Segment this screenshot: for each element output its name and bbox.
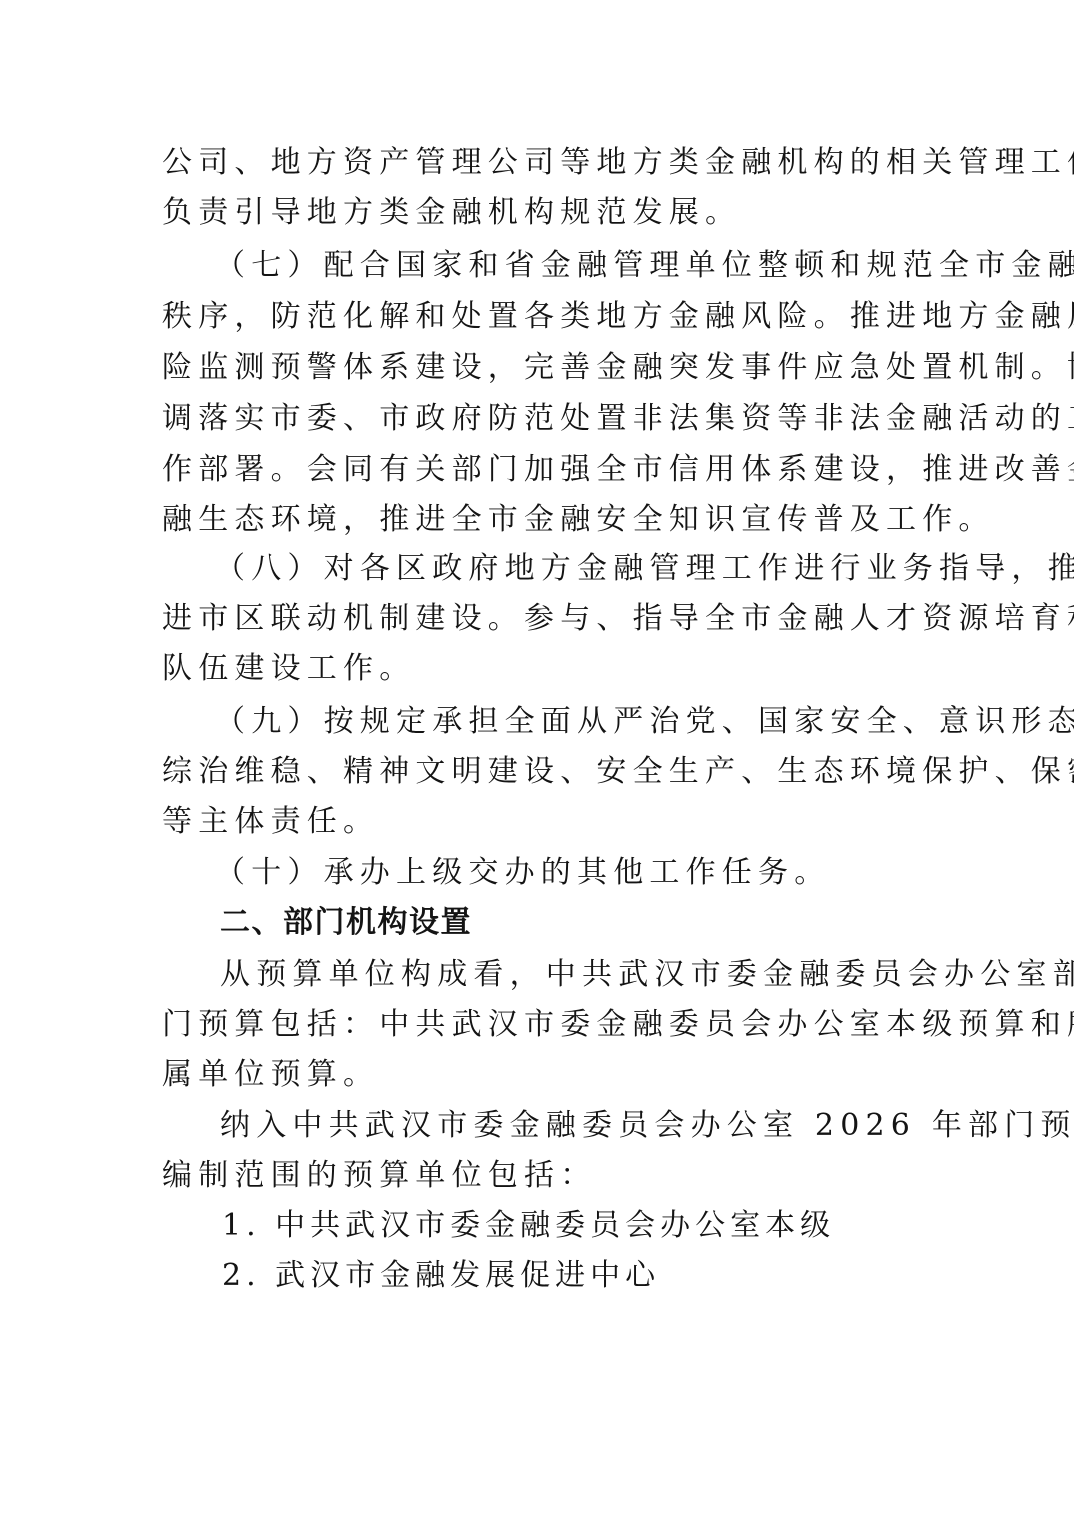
paragraph-line: 进市区联动机制建设。参与、指导全市金融人才资源培育和 <box>162 599 922 639</box>
document-page: 公司、地方资产管理公司等地方类金融机构的相关管理工作， 负责引导地方类金融机构规… <box>0 0 1074 1520</box>
duty-item-9: （九）按规定承担全面从严治党、国家安全、意识形态、 <box>215 702 975 742</box>
paragraph-line: 秩序，防范化解和处置各类地方金融风险。推进地方金融风 <box>162 297 922 337</box>
paragraph-line: 属单位预算。 <box>162 1055 922 1095</box>
paragraph-line: 负责引导地方类金融机构规范发展。 <box>162 193 922 233</box>
duty-item-7: （七）配合国家和省金融管理单位整顿和规范全市金融 <box>215 246 975 286</box>
paragraph-line: 融生态环境，推进全市金融安全知识宣传普及工作。 <box>162 500 922 540</box>
duty-item-8: （八）对各区政府地方金融管理工作进行业务指导，推 <box>215 549 975 589</box>
paragraph-line: 调落实市委、市政府防范处置非法集资等非法金融活动的工 <box>162 399 922 439</box>
paragraph-line: 门预算包括：中共武汉市委金融委员会办公室本级预算和所 <box>162 1005 922 1045</box>
budget-unit-item: 2. 武汉市金融发展促进中心 <box>222 1256 982 1296</box>
paragraph-line: 险监测预警体系建设，完善金融突发事件应急处置机制。协 <box>162 348 922 388</box>
paragraph-line: 纳入中共武汉市委金融委员会办公室 2026 年部门预算 <box>220 1106 980 1146</box>
paragraph-line: 公司、地方资产管理公司等地方类金融机构的相关管理工作， <box>162 143 922 183</box>
paragraph-line: 编制范围的预算单位包括： <box>162 1156 922 1196</box>
paragraph-line: 从预算单位构成看，中共武汉市委金融委员会办公室部 <box>220 955 980 995</box>
budget-unit-item: 1. 中共武汉市委金融委员会办公室本级 <box>222 1206 982 1246</box>
paragraph-line: 综治维稳、精神文明建设、安全生产、生态环境保护、保密 <box>162 752 922 792</box>
paragraph-line: 作部署。会同有关部门加强全市信用体系建设，推进改善金 <box>162 450 922 490</box>
paragraph-line: 等主体责任。 <box>162 802 922 842</box>
duty-item-10: （十）承办上级交办的其他工作任务。 <box>215 853 975 893</box>
paragraph-line: 队伍建设工作。 <box>162 649 922 689</box>
section-heading: 二、部门机构设置 <box>220 903 980 943</box>
